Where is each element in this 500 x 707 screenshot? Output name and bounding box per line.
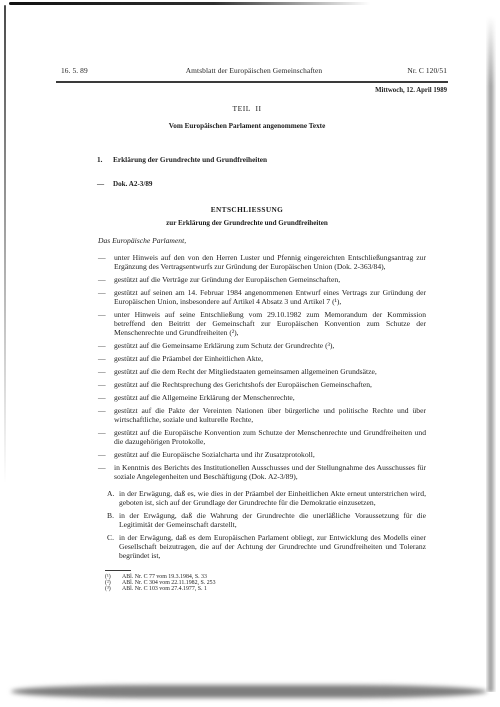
recital-item: B. in der Erwägung, daß die Wahrung der … [98,511,426,529]
dash-marker: — [98,275,106,284]
citation-text: gestützt auf die Europäische Konvention … [114,428,426,446]
recital-label: B. [107,511,114,520]
section-heading-text: Erklärung der Grundrechte und Grundfreih… [113,155,267,164]
recital-text: in der Erwägung, daß die Wahrung der Gru… [119,511,426,529]
citation-text: gestützt auf die dem Recht der Mitglieds… [114,367,377,376]
recital-text: in der Erwägung, daß es, wie dies in der… [119,489,426,507]
recital-item: C. in der Erwägung, daß es dem Europäisc… [98,533,426,560]
header-rule [56,81,448,83]
dash-marker: — [98,450,106,459]
citation-item: — gestützt auf seinen am 14. Februar 198… [98,288,426,306]
citation-item: — gestützt auf die Präambel der Einheitl… [98,354,426,363]
header-journal-title: Amtsblatt der Europäischen Gemeinschafte… [153,66,355,75]
footnote-rule [105,570,131,571]
dash-marker: — [98,253,106,262]
part-subtitle: Vom Europäischen Parlament angenommene T… [4,122,490,130]
citation-text: gestützt auf die Pakte der Vereinten Nat… [114,406,426,424]
resolution-title: ENTSCHLIESSUNG [4,205,490,214]
page-shadow-bottom [11,685,487,698]
citation-item: — in Kenntnis des Berichts des Instituti… [98,463,426,481]
dash-marker: — [98,288,106,297]
dash-marker: — [98,310,106,319]
citation-text: gestützt auf die Präambel der Einheitlic… [114,354,263,363]
footnote-marker: (³) [105,586,111,592]
dash-marker: — [98,380,106,389]
recital-text: in der Erwägung, daß es dem Europäischen… [119,533,426,560]
journal-page: 16. 5. 89 Amtsblatt der Europäischen Gem… [4,2,490,686]
citation-item: — gestützt auf die Gemeinsame Erklärung … [98,341,426,350]
resolution-body: Das Europäische Parlament, — unter Hinwe… [98,236,426,592]
session-date: Mittwoch, 12. April 1989 [61,87,447,94]
footnotes: (¹) ABl. Nr. C 77 vom 19.3.1984, S. 33 (… [105,570,426,592]
citation-item: — unter Hinweis auf den von den Herren L… [98,253,426,271]
doc-reference-text: Dok. A2-3/89 [113,180,152,188]
resolution-intro: Das Europäische Parlament, [98,236,426,245]
citation-text: gestützt auf die Allgemeine Erklärung de… [114,393,295,402]
dash-marker: — [98,341,106,350]
dash-marker: — [98,367,106,376]
citation-item: — gestützt auf die Pakte der Vereinten N… [98,406,426,424]
section-number: 1. [97,155,102,164]
citation-item: — gestützt auf die Europäische Sozialcha… [98,450,426,459]
citation-item: — gestützt auf die Allgemeine Erklärung … [98,393,426,402]
running-head: 16. 5. 89 Amtsblatt der Europäischen Gem… [61,66,447,75]
recital-item: A. in der Erwägung, daß es, wie dies in … [98,489,426,507]
dash-marker: — [98,463,106,472]
recital-label: C. [107,533,114,542]
dash-marker: — [98,354,106,363]
citation-text: gestützt auf die Europäische Sozialchart… [114,450,315,459]
citation-text: gestützt auf die Gemeinsame Erklärung zu… [114,341,334,350]
page-edge-left [4,5,6,525]
citation-item: — gestützt auf die Verträge zur Gründung… [98,275,426,284]
header-issue-number: Nr. C 120/51 [355,66,447,75]
page-edge-top [9,2,381,5]
part-title: TEIL II [4,104,490,113]
resolution-subtitle: zur Erklärung der Grundrechte und Grundf… [4,219,490,227]
dash-marker: — [98,393,106,402]
recitals: A. in der Erwägung, daß es, wie dies in … [98,489,426,560]
citation-item: — gestützt auf die Rechtsprechung des Ge… [98,380,426,389]
citation-text: gestützt auf die Verträge zur Gründung d… [114,275,340,284]
footnote-text: ABl. Nr. C 103 vom 27.4.1977, S. 1 [122,586,207,592]
citation-item: — gestützt auf die dem Recht der Mitglie… [98,367,426,376]
footnote-text: ABl. Nr. C 304 vom 22.11.1982, S. 253 [122,580,216,586]
citation-item: — gestützt auf die Europäische Konventio… [98,428,426,446]
citation-item: — unter Hinweis auf seine Entschließung … [98,310,426,337]
page-shadow-right [486,16,496,692]
doc-reference: — Dok. A2-3/89 [97,180,443,188]
dash-marker: — [98,428,106,437]
footnote-item: (³) ABl. Nr. C 103 vom 27.4.1977, S. 1 [105,586,426,592]
citation-text: gestützt auf die Rechtsprechung des Geri… [114,380,372,389]
scan-background: 16. 5. 89 Amtsblatt der Europäischen Gem… [0,0,500,707]
citation-text: unter Hinweis auf den von den Herren Lus… [114,253,426,271]
dash-marker: — [98,406,106,415]
citation-text: unter Hinweis auf seine Entschließung vo… [114,310,426,337]
dash-marker: — [97,180,104,188]
recital-label: A. [107,489,114,498]
section-heading: 1. Erklärung der Grundrechte und Grundfr… [97,155,443,164]
footnote-text: ABl. Nr. C 77 vom 19.3.1984, S. 33 [122,574,207,580]
header-date: 16. 5. 89 [61,66,153,75]
citation-text: gestützt auf seinen am 14. Februar 1984 … [114,288,426,306]
citation-text: in Kenntnis des Berichts des Institution… [114,463,426,481]
